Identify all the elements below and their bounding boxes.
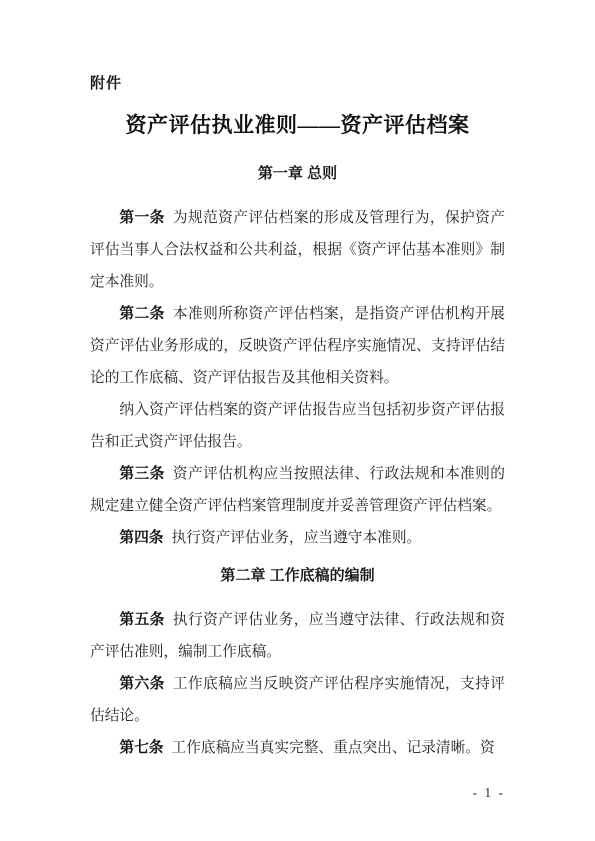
paragraph-text: 工作底稿应当真实完整、重点突出、记录清晰。资 xyxy=(172,740,495,756)
chapter-section: 第一章 总则 第一条为规范资产评估档案的形成及管理行为，保护资产评估当事人合法权… xyxy=(90,158,505,554)
article-label: 第七条 xyxy=(119,740,163,756)
article-paragraph: 第三条资产评估机构应当按照法律、行政法规和本准则的规定建立健全资产评估档案管理制… xyxy=(90,458,505,522)
document-title: 资产评估执业准则——资产评估档案 xyxy=(90,110,505,140)
article-paragraph: 第二条本准则所称资产评估档案，是指资产评估机构开展资产评估业务形成的，反映资产评… xyxy=(90,298,505,394)
chapter-section: 第二章 工作底稿的编制 第五条执行资产评估业务，应当遵守法律、行政法规和资产评估… xyxy=(90,560,505,764)
chapters: 第一章 总则 第一条为规范资产评估档案的形成及管理行为，保护资产评估当事人合法权… xyxy=(90,158,505,764)
paragraph-text: 执行资产评估业务，应当遵守本准则。 xyxy=(172,530,422,546)
paragraph-text: 纳入资产评估档案的资产评估报告应当包括初步资产评估报告和正式资产评估报告。 xyxy=(90,402,505,450)
article-label: 第六条 xyxy=(119,676,164,692)
article-paragraph: 第六条工作底稿应当反映资产评估程序实施情况，支持评估结论。 xyxy=(90,668,505,732)
article-paragraph: 纳入资产评估档案的资产评估报告应当包括初步资产评估报告和正式资产评估报告。 xyxy=(90,394,505,458)
article-paragraph: 第五条执行资产评估业务，应当遵守法律、行政法规和资产评估准则，编制工作底稿。 xyxy=(90,604,505,668)
article-label: 第一条 xyxy=(119,210,164,226)
article-paragraph: 第四条执行资产评估业务，应当遵守本准则。 xyxy=(90,522,505,554)
article-label: 第五条 xyxy=(119,612,164,628)
page-content: 附件 资产评估执业准则——资产评估档案 第一章 总则 第一条为规范资产评估档案的… xyxy=(0,0,595,764)
article-label: 第二条 xyxy=(119,306,164,322)
chapter-body: 第五条执行资产评估业务，应当遵守法律、行政法规和资产评估准则，编制工作底稿。 第… xyxy=(90,604,505,764)
chapter-body: 第一条为规范资产评估档案的形成及管理行为，保护资产评估当事人合法权益和公共利益，… xyxy=(90,202,505,554)
article-label: 第三条 xyxy=(119,466,164,482)
article-paragraph: 第一条为规范资产评估档案的形成及管理行为，保护资产评估当事人合法权益和公共利益，… xyxy=(90,202,505,298)
article-paragraph: 第七条工作底稿应当真实完整、重点突出、记录清晰。资 xyxy=(90,732,505,764)
chapter-heading: 第一章 总则 xyxy=(90,158,505,190)
page-number: - 1 - xyxy=(473,784,506,802)
article-label: 第四条 xyxy=(119,530,163,546)
chapter-heading: 第二章 工作底稿的编制 xyxy=(90,560,505,592)
document-page: 附件 资产评估执业准则——资产评估档案 第一章 总则 第一条为规范资产评估档案的… xyxy=(0,0,595,841)
attachment-label: 附件 xyxy=(90,74,505,94)
